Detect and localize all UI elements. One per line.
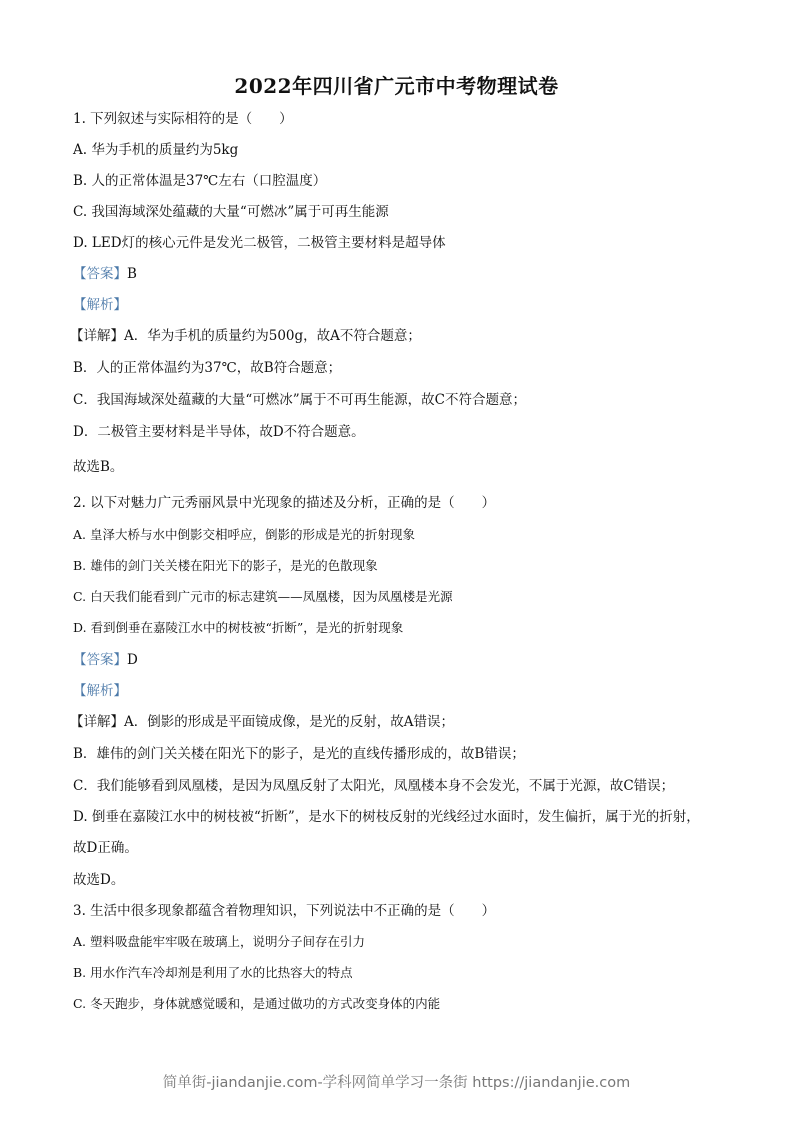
question-3-stem: 3. 生活中很多现象都蕴含着物理知识，下列说法中不正确的是（ ）	[73, 902, 495, 920]
question-1-detail-d: D．二极管主要材料是半导体，故D不符合题意。	[73, 423, 365, 441]
question-2-answer: 【答案】D	[73, 651, 138, 669]
question-2-detail-a: 【详解】A．倒影的形成是平面镜成像，是光的反射，故A错误；	[70, 713, 454, 731]
question-3-option-b: B. 用水作汽车冷却剂是利用了水的比热容大的特点	[73, 964, 353, 982]
question-1-detail-c: C．我国海域深处蕴藏的大量“可燃冰”属于不可再生能源，故C不符合题意；	[73, 391, 526, 409]
question-2-conclusion: 故选D。	[73, 871, 124, 889]
question-1-stem: 1. 下列叙述与实际相符的是（ ）	[73, 110, 293, 128]
answer-label: 【答案】	[73, 266, 127, 282]
document-title: 2022年四川省广元市中考物理试卷	[0, 70, 793, 99]
question-2-detail-b: B．雄伟的剑门关关楼在阳光下的影子，是光的直线传播形成的，故B错误；	[73, 745, 525, 763]
question-1-option-b: B. 人的正常体温是37℃左右（口腔温度）	[73, 172, 326, 190]
answer-value: B	[127, 266, 137, 282]
question-1-option-d: D. LED灯的核心元件是发光二极管，二极管主要材料是超导体	[73, 234, 446, 252]
detail-text: A．华为手机的质量约为500g，故A不符合题意；	[124, 328, 421, 344]
footer-watermark: 简单街-jiandanjie.com-学科网简单学习一条街 https://ji…	[0, 1071, 793, 1092]
answer-value: D	[127, 652, 138, 668]
question-2-option-a: A. 皇泽大桥与水中倒影交相呼应，倒影的形成是光的折射现象	[73, 526, 415, 544]
question-2-option-d: D. 看到倒垂在嘉陵江水中的树枝被“折断”，是光的折射现象	[73, 619, 403, 637]
question-2-option-b: B. 雄伟的剑门关关楼在阳光下的影子，是光的色散现象	[73, 557, 378, 575]
question-2-detail-d-cont: 故D正确。	[73, 839, 138, 857]
question-2-analysis-label: 【解析】	[73, 682, 127, 700]
question-1-option-a: A. 华为手机的质量约为5kg	[73, 141, 238, 159]
question-1-analysis-label: 【解析】	[73, 296, 127, 314]
question-3-option-a: A. 塑料吸盘能牢牢吸在玻璃上，说明分子间存在引力	[73, 933, 365, 951]
question-3-option-c: C. 冬天跑步，身体就感觉暖和，是通过做功的方式改变身体的内能	[73, 995, 440, 1013]
answer-label: 【答案】	[73, 652, 127, 668]
detail-label: 【详解】	[70, 714, 124, 730]
question-2-detail-d: D. 倒垂在嘉陵江水中的树枝被“折断”，是水下的树枝反射的光线经过水面时，发生偏…	[73, 808, 700, 826]
question-2-stem: 2. 以下对魅力广元秀丽风景中光现象的描述及分析，正确的是（ ）	[73, 494, 495, 512]
question-1-answer: 【答案】B	[73, 265, 137, 283]
detail-label: 【详解】	[70, 328, 124, 344]
question-1-detail-a: 【详解】A．华为手机的质量约为500g，故A不符合题意；	[70, 327, 421, 345]
question-2-option-c: C. 白天我们能看到广元市的标志建筑——凤凰楼，因为凤凰楼是光源	[73, 588, 453, 606]
question-1-option-c: C. 我国海域深处蕴藏的大量“可燃冰”属于可再生能源	[73, 203, 389, 221]
detail-text: A．倒影的形成是平面镜成像，是光的反射，故A错误；	[124, 714, 454, 730]
question-2-detail-c: C．我们能够看到凤凰楼，是因为凤凰反射了太阳光，凤凰楼本身不会发光，不属于光源，…	[73, 777, 674, 795]
question-1-detail-b: B．人的正常体温约为37℃，故B符合题意；	[73, 359, 341, 377]
question-1-conclusion: 故选B。	[73, 458, 123, 476]
